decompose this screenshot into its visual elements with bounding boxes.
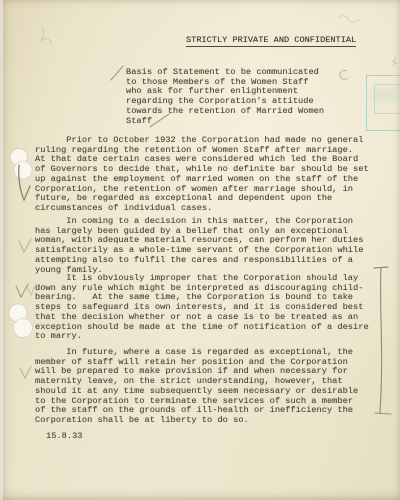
pencil-scribble-top-left: [40, 27, 52, 44]
pencil-tick-right-edge: [392, 57, 397, 66]
stamp-ink-smudge: [372, 88, 398, 102]
margin-emphasis-line-right: [374, 267, 391, 414]
date-line: 15.8.33: [46, 432, 83, 442]
statement-basis-note: Basis of Statement to be communicated to…: [126, 68, 324, 126]
pencil-checkmark-1: [19, 165, 30, 200]
typewritten-memo-page: STRICTLY PRIVATE AND CONFIDENTIAL Basis …: [0, 0, 400, 500]
paragraph-decision-basis: In coming to a decision in this matter, …: [35, 217, 363, 275]
pencil-circle-mark: [340, 70, 348, 79]
pencil-slash-before-note: [111, 66, 123, 80]
paragraph-childbearing-policy: It is obviously improper that the Corpor…: [35, 274, 369, 342]
pencil-checkmark-2: [19, 239, 31, 252]
pencil-checkmark-4: [20, 366, 31, 378]
hole-punch-top: [11, 149, 33, 180]
pencil-scribble-top-right: [338, 16, 361, 22]
hole-punch-bottom: [9, 304, 33, 338]
classification-header: STRICTLY PRIVATE AND CONFIDENTIAL: [186, 35, 356, 47]
paragraph-future-provisions: In future, where a case is regarded as e…: [35, 348, 358, 426]
pencil-checkmark-3: [16, 284, 28, 297]
paragraph-prior-ruling: Prior to October 1932 the Corporation ha…: [35, 136, 369, 214]
